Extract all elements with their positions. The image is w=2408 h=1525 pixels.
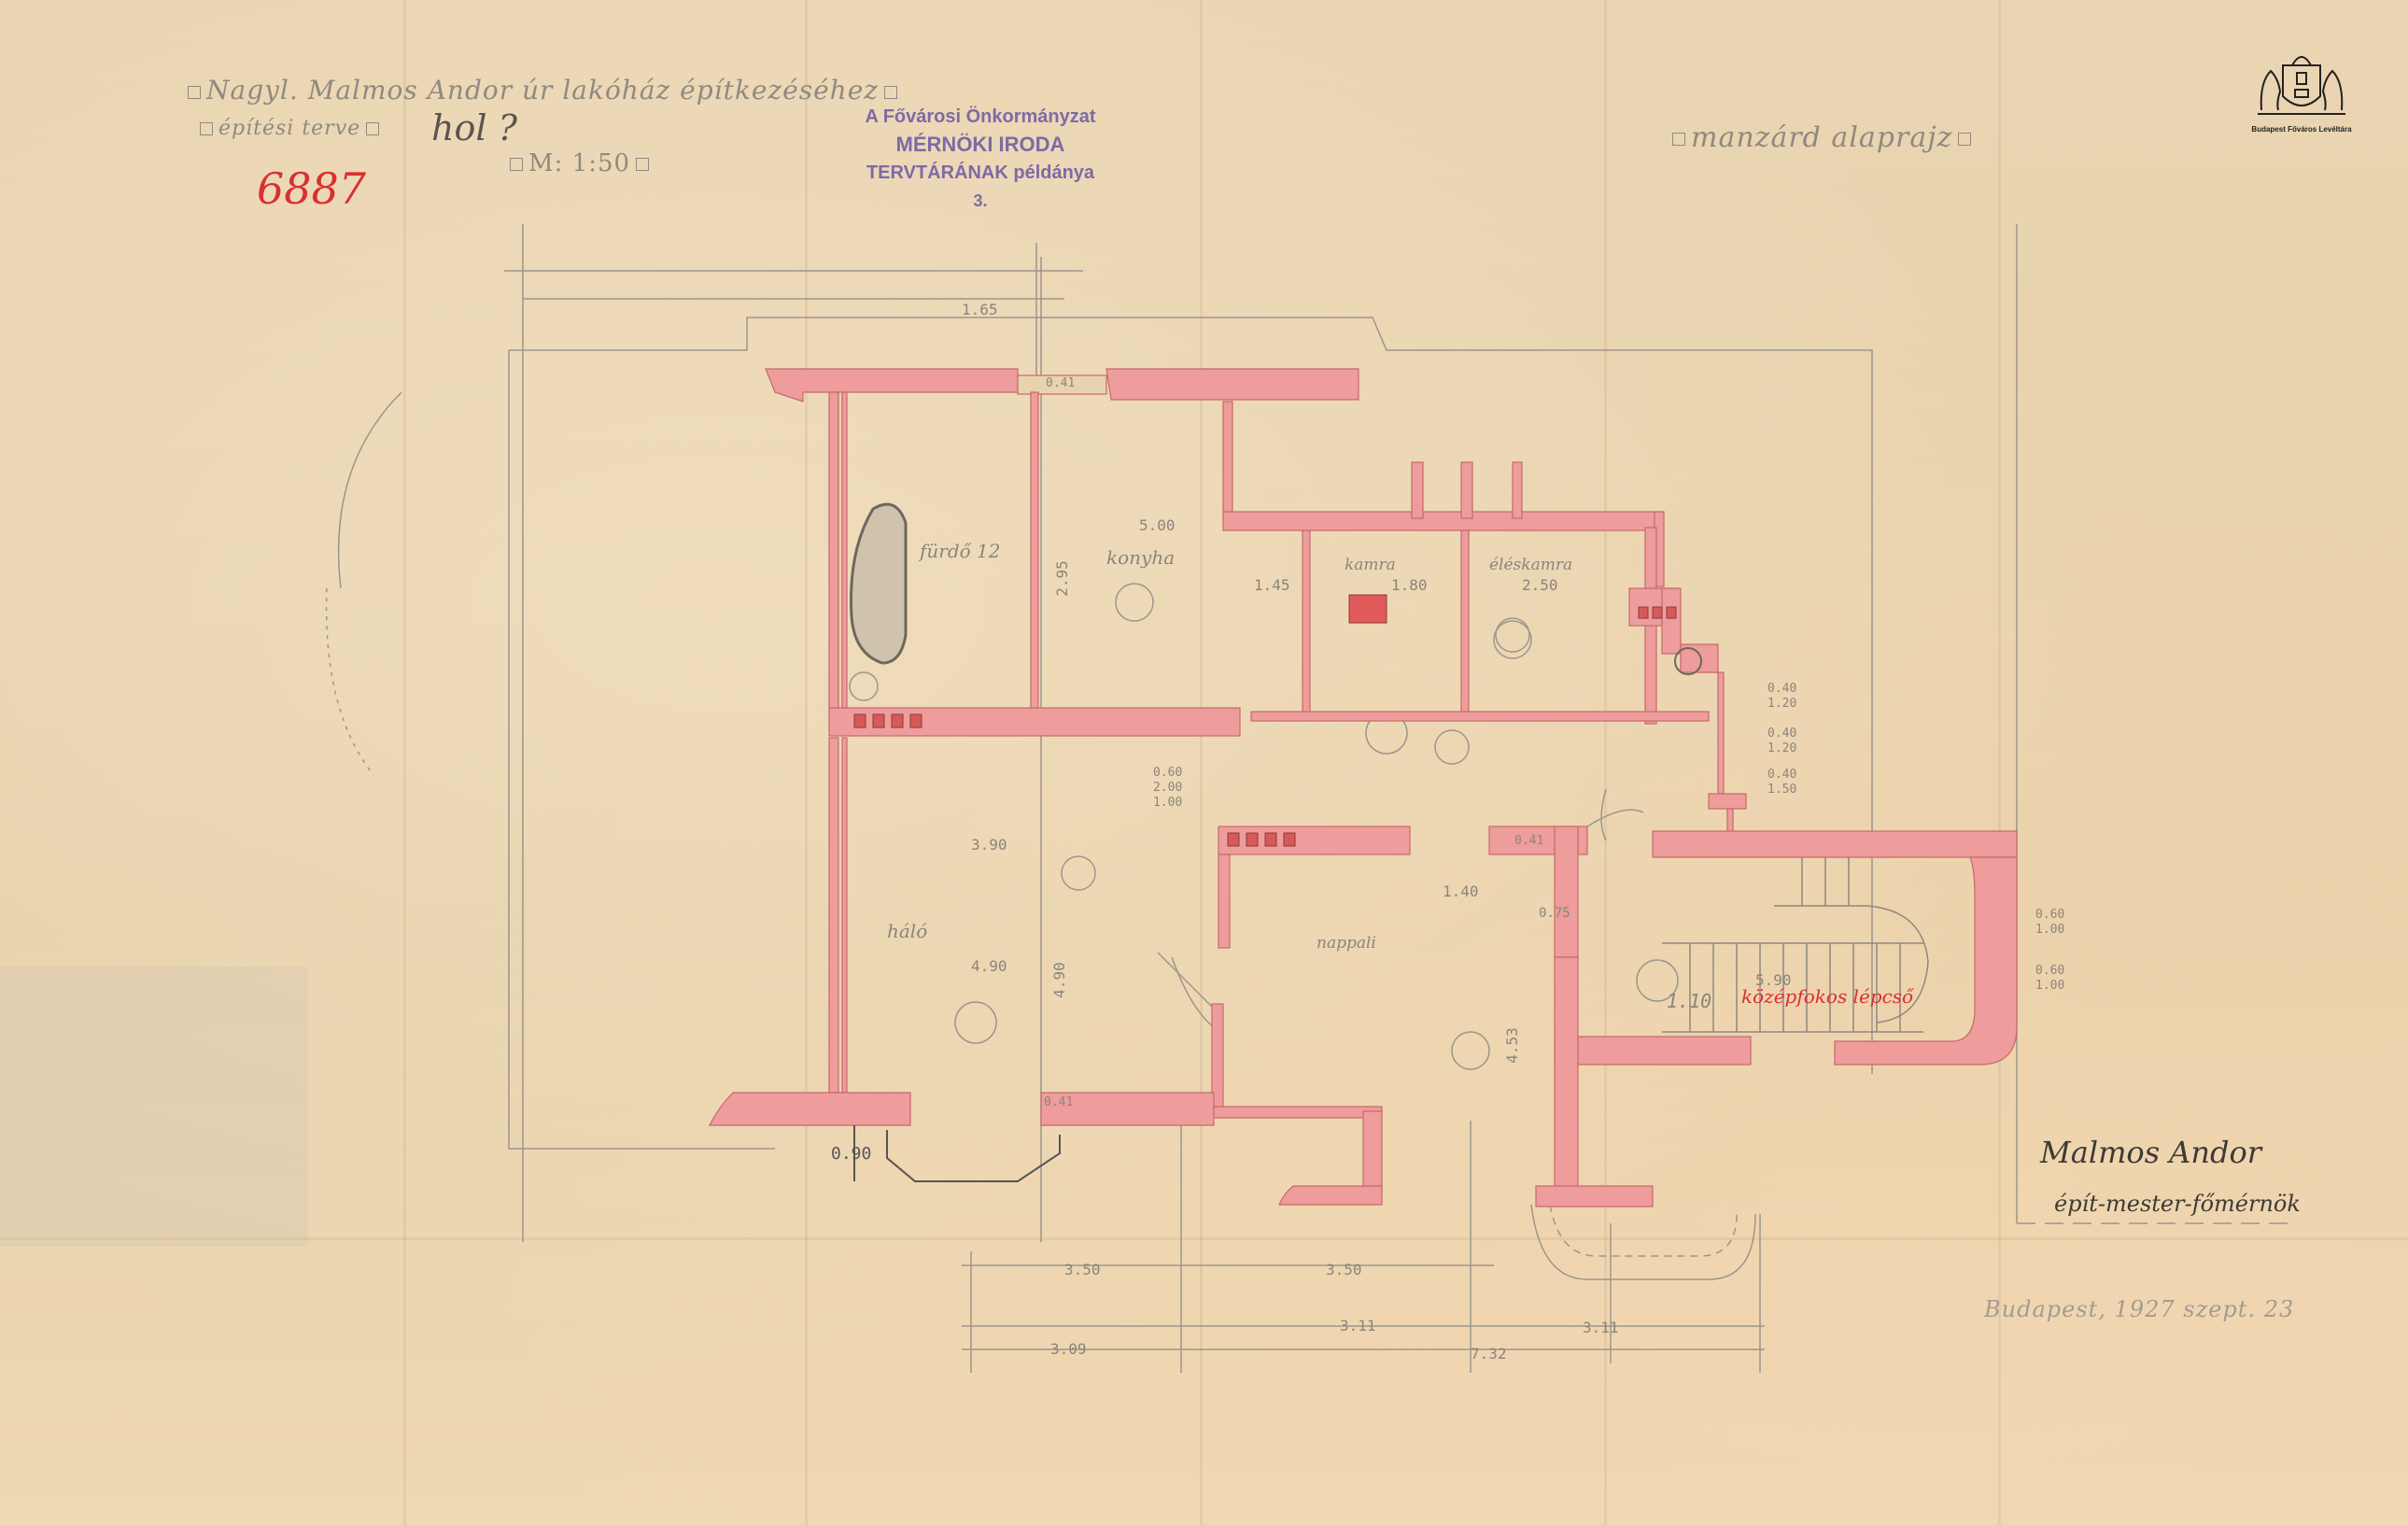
dim-right-window-4: 1.20: [1767, 741, 1796, 755]
signature-line-1: Malmos Andor: [2040, 1135, 2261, 1170]
dim-pantry-1: 1.45: [1254, 576, 1290, 594]
dim-stair-window-1: 0.60: [2035, 908, 2064, 922]
dim-bedroom-depth: 4.90: [971, 957, 1007, 975]
dim-living-depth: 4.53: [1503, 1027, 1521, 1064]
dim-bay: 0.90: [831, 1144, 871, 1164]
dim-living-side: 0.75: [1539, 906, 1570, 921]
dim-kitchen-depth: 2.95: [1053, 560, 1071, 597]
dim-pantry-3: 2.50: [1522, 576, 1558, 594]
dim-hall-1: 0.60: [1153, 766, 1182, 780]
dim-bottom-2b: 3.11: [1583, 1319, 1619, 1336]
dim-right-window-1: 0.40: [1767, 682, 1796, 696]
dim-hall-2: 2.00: [1153, 781, 1182, 795]
room-label-larder: éléskamra: [1489, 556, 1572, 574]
signature-line-2: épít-mester-főmérnök: [2054, 1191, 2301, 1217]
dim-hall-3: 1.00: [1153, 796, 1182, 810]
room-label-kitchen: konyha: [1106, 546, 1175, 569]
dim-window-label: 0.41: [1514, 834, 1543, 848]
dim-bottom-1a: 3.50: [1064, 1261, 1101, 1278]
dim-stair-window-4: 1.00: [2035, 979, 2064, 993]
dim-stair-window-3: 0.60: [2035, 964, 2064, 978]
dim-bedroom-width: 3.90: [971, 836, 1007, 854]
dim-stair-length: 5.90: [1755, 971, 1792, 989]
dim-kitchen-width: 5.00: [1139, 516, 1176, 534]
room-label-pantry: kamra: [1345, 556, 1396, 574]
dim-bottom-1b: 3.50: [1326, 1261, 1362, 1278]
dim-stair-window-2: 1.00: [2035, 923, 2064, 937]
place-date: Budapest, 1927 szept. 23: [1984, 1296, 2294, 1322]
walls: [710, 369, 2017, 1207]
room-label-bedroom: háló: [887, 920, 927, 942]
dim-window-label: 0.41: [1044, 1095, 1073, 1109]
room-label-bathroom: fürdő 12: [920, 540, 1001, 562]
dim-stair-width: 1.10: [1667, 990, 1711, 1012]
dim-bottom-3a: 3.09: [1050, 1340, 1087, 1358]
bathtub-icon: [851, 504, 906, 663]
dim-right-window-5: 0.40: [1767, 768, 1796, 782]
room-label-living-room: nappali: [1317, 934, 1376, 953]
dim-window-label: 0.41: [1046, 376, 1075, 390]
dim-top: 1.65: [962, 301, 998, 318]
dim-pantry-2: 1.80: [1391, 576, 1428, 594]
dim-right-window-3: 0.40: [1767, 727, 1796, 741]
dim-bottom-3b: 7.32: [1471, 1345, 1507, 1363]
dim-living-door: 1.40: [1443, 883, 1479, 900]
dim-right-window-2: 1.20: [1767, 697, 1796, 711]
dim-bottom-2a: 3.11: [1340, 1317, 1376, 1334]
dim-right-window-6: 1.50: [1767, 783, 1796, 797]
dim-bedroom-side: 4.90: [1050, 962, 1068, 998]
